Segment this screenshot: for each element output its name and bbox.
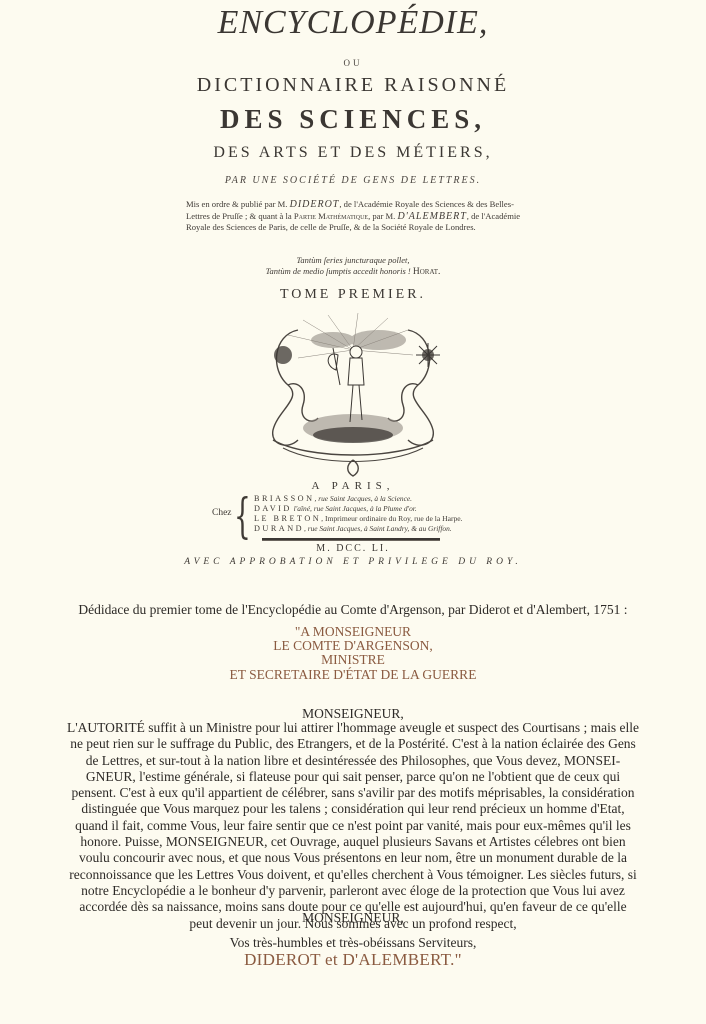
horace-motto: Tantùm ſeries juncturaque pollet, Tantùm… xyxy=(0,255,706,278)
motto-line-2: Tantùm de medio ſumptis accedit honoris … xyxy=(266,266,411,276)
brace-icon: { xyxy=(234,492,251,540)
letter-line: pensent. C'est à eux qu'il appartient de… xyxy=(22,785,684,801)
document-page: ENCYCLOPÉDIE, OU DICTIONNAIRE RAISONNÉ D… xyxy=(0,0,706,1024)
printer-entry: DAVID l'aîné, rue Saint Jacques, à la Pl… xyxy=(254,504,463,514)
title-conjunction: OU xyxy=(0,58,706,68)
divider-rule xyxy=(262,538,440,541)
tome-label: TOME PREMIER. xyxy=(0,287,706,303)
letter-line: distinguée que Vous marquez pour les tal… xyxy=(22,801,684,817)
letter-line: voulu concourir avec nous, et que nous V… xyxy=(22,850,684,866)
book-subtitle-3: DES ARTS ET DES MÉTIERS, xyxy=(0,144,706,162)
motto-author: Horat. xyxy=(413,267,441,277)
dedication-letter: L'AUTORITÉ suffit à un Ministre pour lui… xyxy=(22,720,684,932)
letter-line: GNEUR, l'estime générale, si flateuse po… xyxy=(22,769,684,785)
closing-salutation: MONSEIGNEUR, xyxy=(0,910,706,926)
editor-dalembert: D'ALEMBERT xyxy=(397,211,466,222)
publication-year: M. DCC. LI. xyxy=(0,543,706,554)
credits-text: , par M. xyxy=(368,211,397,221)
address-line: "A MONSEIGNEUR xyxy=(0,625,706,639)
letter-line: reconnoissance que les Lettres Vous doiv… xyxy=(22,867,684,883)
book-subtitle-2: DES SCIENCES, xyxy=(0,104,706,135)
printer-entry: LE BRETON, Imprimeur ordinaire du Roy, r… xyxy=(254,514,463,524)
printer-address: , rue Saint Jacques, à la Science. xyxy=(315,494,413,503)
printer-name: BRIASSON xyxy=(254,494,315,503)
printer-name: LE BRETON xyxy=(254,514,321,523)
motto-line-1: Tantùm ſeries juncturaque pollet, xyxy=(0,255,706,266)
society-line: PAR UNE SOCIÉTÉ DE GENS DE LETTRES. xyxy=(0,175,706,186)
address-line: ET SECRETAIRE D'ÉTAT DE LA GUERRE xyxy=(0,668,706,682)
partie-mathematique: Partie Mathématique xyxy=(294,211,368,221)
letter-line: honore. Puisse, MONSEIGNEUR, cet Ouvrage… xyxy=(22,834,684,850)
engraved-vignette-icon xyxy=(258,310,448,478)
letter-line: ne peut rien sur le suffrage du Public, … xyxy=(22,736,684,752)
printer-address: l'aîné, rue Saint Jacques, à la Plume d'… xyxy=(292,504,417,513)
address-line: LE COMTE D'ARGENSON, xyxy=(0,639,706,653)
printers-list: BRIASSON, rue Saint Jacques, à la Scienc… xyxy=(254,494,463,534)
printer-address: , Imprimeur ordinaire du Roy, rue de la … xyxy=(321,514,462,523)
credits-text: Mis en ordre & publié par M. xyxy=(186,199,290,209)
dedication-intro: Dédidace du premier tome de l'Encyclopéd… xyxy=(0,602,706,618)
royal-approbation: AVEC APPROBATION ET PRIVILEGE DU ROY. xyxy=(0,557,706,567)
letter-line: de Lettres, et sur-tout à la nation libr… xyxy=(22,753,684,769)
imprint-city: A PARIS, xyxy=(0,480,706,492)
letter-line: L'AUTORITÉ suffit à un Ministre pour lui… xyxy=(22,720,684,736)
editors-credits: Mis en ordre & publié par M. DIDEROT, de… xyxy=(186,199,526,234)
printer-entry: DURAND, rue Saint Jacques, à Saint Landr… xyxy=(254,524,463,534)
editor-diderot: DIDEROT xyxy=(290,199,340,210)
signature: DIDEROT et D'ALEMBERT." xyxy=(0,950,706,970)
chez-label: Chez xyxy=(212,508,232,518)
address-line: MINISTRE xyxy=(0,653,706,667)
printer-name: DURAND xyxy=(254,524,304,533)
printer-address: , rue Saint Jacques, à Saint Landry, & a… xyxy=(304,524,452,533)
printer-entry: BRIASSON, rue Saint Jacques, à la Scienc… xyxy=(254,494,463,504)
letter-line: notre Encyclopédie a le bonheur d'y parv… xyxy=(22,883,684,899)
closing-formula: Vos très-humbles et très-obéissans Servi… xyxy=(0,935,706,951)
letter-line: quand il fait, comme Vous, leur faire se… xyxy=(22,818,684,834)
dedication-address: "A MONSEIGNEUR LE COMTE D'ARGENSON, MINI… xyxy=(0,625,706,682)
book-subtitle-1: DICTIONNAIRE RAISONNÉ xyxy=(0,74,706,97)
printer-name: DAVID xyxy=(254,504,292,513)
book-title: ENCYCLOPÉDIE, xyxy=(0,4,706,42)
